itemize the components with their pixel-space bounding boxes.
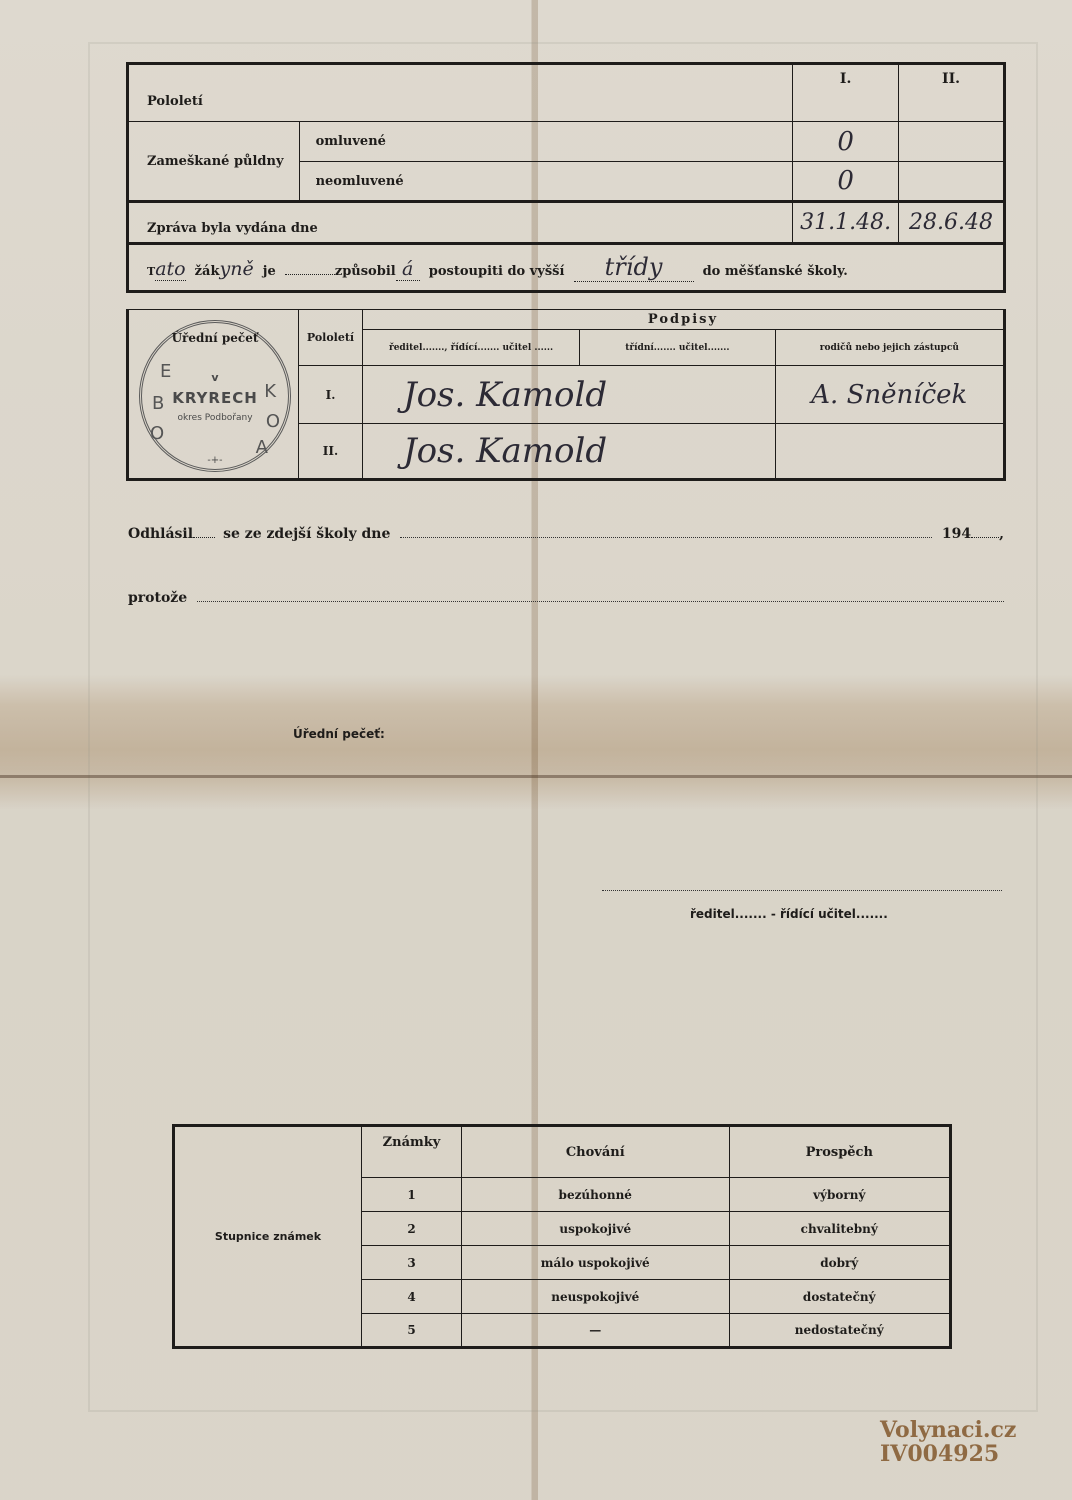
stamp-v: v bbox=[142, 371, 288, 384]
promotion-word-postoupiti: postoupiti do vyšší bbox=[429, 264, 565, 279]
deregistration-line: Odhlásil se ze zdejší školy dne 194 , bbox=[128, 526, 1004, 542]
sig-semester-label: Pololetí bbox=[299, 310, 363, 366]
unexcused-label: neomluvené bbox=[299, 162, 793, 202]
stamp-cell: Úřední pečeť B E O K O A v KRYRECH okres… bbox=[128, 310, 299, 480]
stamp-ring-letter: O bbox=[150, 423, 164, 444]
director-caption: ředitel....... - řídící učitel....... bbox=[690, 907, 888, 921]
headmaster-signature-II: Jos. Kamold bbox=[362, 424, 775, 480]
issued-label: Zpráva byla vydána dne bbox=[128, 202, 793, 244]
grading-scale-title: Stupnice známek bbox=[174, 1126, 362, 1348]
signatures-title: Podpisy bbox=[362, 310, 1004, 330]
grade-progress: výborný bbox=[729, 1178, 951, 1212]
signatures-table: Úřední pečeť B E O K O A v KRYRECH okres… bbox=[126, 309, 1006, 481]
promotion-fill-ato: ato bbox=[155, 258, 185, 281]
promotion-statement: Tato žákyně je způsobilá postoupiti do v… bbox=[128, 244, 1005, 292]
grade-number: 3 bbox=[362, 1246, 462, 1280]
deregistration-text-2: se ze zdejší školy dne bbox=[223, 526, 390, 542]
promotion-word-zpusobil: způsobil bbox=[335, 264, 396, 279]
grade-conduct: málo uspokojivé bbox=[462, 1246, 730, 1280]
watermark: Volynaci.cz IV004925 bbox=[880, 1418, 1016, 1466]
deregistration-year-blank bbox=[971, 537, 999, 538]
grade-progress: nedostatečný bbox=[729, 1314, 951, 1348]
grade-number: 5 bbox=[362, 1314, 462, 1348]
deregistration-blank-1 bbox=[193, 537, 215, 538]
semester-I-header: I. bbox=[793, 64, 899, 122]
header-grades: Známky bbox=[362, 1126, 462, 1178]
grade-conduct: uspokojivé bbox=[462, 1212, 730, 1246]
col-class-teacher: třídní....... učitel....... bbox=[580, 330, 775, 366]
grade-progress: dostatečný bbox=[729, 1280, 951, 1314]
grade-conduct: neuspokojivé bbox=[462, 1280, 730, 1314]
promotion-fill-tridy: třídy bbox=[574, 253, 694, 282]
official-seal-label: Úřední pečeť: bbox=[293, 727, 385, 741]
promotion-fill-yne: yně bbox=[219, 258, 253, 280]
stamp-district: okres Podbořany bbox=[142, 413, 288, 423]
excused-value-II bbox=[899, 122, 1005, 162]
attendance-table: Pololetí I. II. Zameškané půldny omluven… bbox=[126, 62, 1006, 293]
promotion-word-zak: žák bbox=[195, 264, 220, 279]
grade-number: 1 bbox=[362, 1178, 462, 1212]
absences-label: Zameškané půldny bbox=[128, 122, 300, 202]
watermark-id: IV004925 bbox=[880, 1442, 1016, 1466]
parent-signature-II bbox=[775, 424, 1004, 480]
parent-signature-I: A. Sněníček bbox=[775, 366, 1004, 424]
sig-row-semester-II: II. bbox=[299, 424, 363, 480]
unexcused-value-I: 0 bbox=[793, 162, 899, 202]
excused-label: omluvené bbox=[299, 122, 793, 162]
reason-label: protože bbox=[128, 590, 187, 606]
sig-row-semester-I: I. bbox=[299, 366, 363, 424]
col-headmaster: ředitel......., řídící....... učitel ...… bbox=[362, 330, 579, 366]
promotion-fill-a: á bbox=[396, 258, 420, 281]
header-progress: Prospěch bbox=[729, 1126, 951, 1178]
issued-date-I: 31.1.48. bbox=[793, 202, 899, 244]
issued-date-II: 28.6.48 bbox=[899, 202, 1005, 244]
grade-number: 2 bbox=[362, 1212, 462, 1246]
watermark-site: Volynaci.cz bbox=[880, 1418, 1016, 1442]
header-conduct: Chování bbox=[462, 1126, 730, 1178]
unexcused-value-II bbox=[899, 162, 1005, 202]
grade-number: 4 bbox=[362, 1280, 462, 1314]
school-stamp: Úřední pečeť B E O K O A v KRYRECH okres… bbox=[139, 320, 291, 472]
promotion-suffix: do měšťanské školy. bbox=[703, 264, 848, 279]
director-signature-line bbox=[602, 890, 1002, 891]
grade-conduct: — bbox=[462, 1314, 730, 1348]
grade-progress: chvalitebný bbox=[729, 1212, 951, 1246]
semester-II-header: II. bbox=[899, 64, 1005, 122]
promotion-word-je: je bbox=[263, 264, 276, 279]
reason-line: protože bbox=[128, 590, 1004, 606]
promotion-prefix: T bbox=[147, 265, 155, 278]
excused-value-I: 0 bbox=[793, 122, 899, 162]
deregistration-date-blank bbox=[400, 537, 932, 538]
deregistration-year: 194 bbox=[942, 526, 971, 542]
col-parents: rodičů nebo jejich zástupců bbox=[775, 330, 1004, 366]
headmaster-signature-I: Jos. Kamold bbox=[362, 366, 775, 424]
grading-scale-table: Stupnice známek Známky Chování Prospěch … bbox=[172, 1124, 952, 1349]
grade-conduct: bezúhonné bbox=[462, 1178, 730, 1212]
reason-blank bbox=[197, 601, 1004, 602]
stamp-ornament: -+- bbox=[142, 455, 288, 466]
paper-fold bbox=[0, 775, 1072, 778]
comma: , bbox=[999, 526, 1004, 542]
promotion-dots bbox=[285, 274, 335, 275]
deregistration-text-1: Odhlásil bbox=[128, 526, 193, 542]
stamp-label: Úřední pečeť bbox=[142, 331, 288, 345]
semester-label: Pololetí bbox=[128, 64, 793, 122]
grade-progress: dobrý bbox=[729, 1246, 951, 1280]
stamp-town: KRYRECH bbox=[142, 389, 288, 407]
